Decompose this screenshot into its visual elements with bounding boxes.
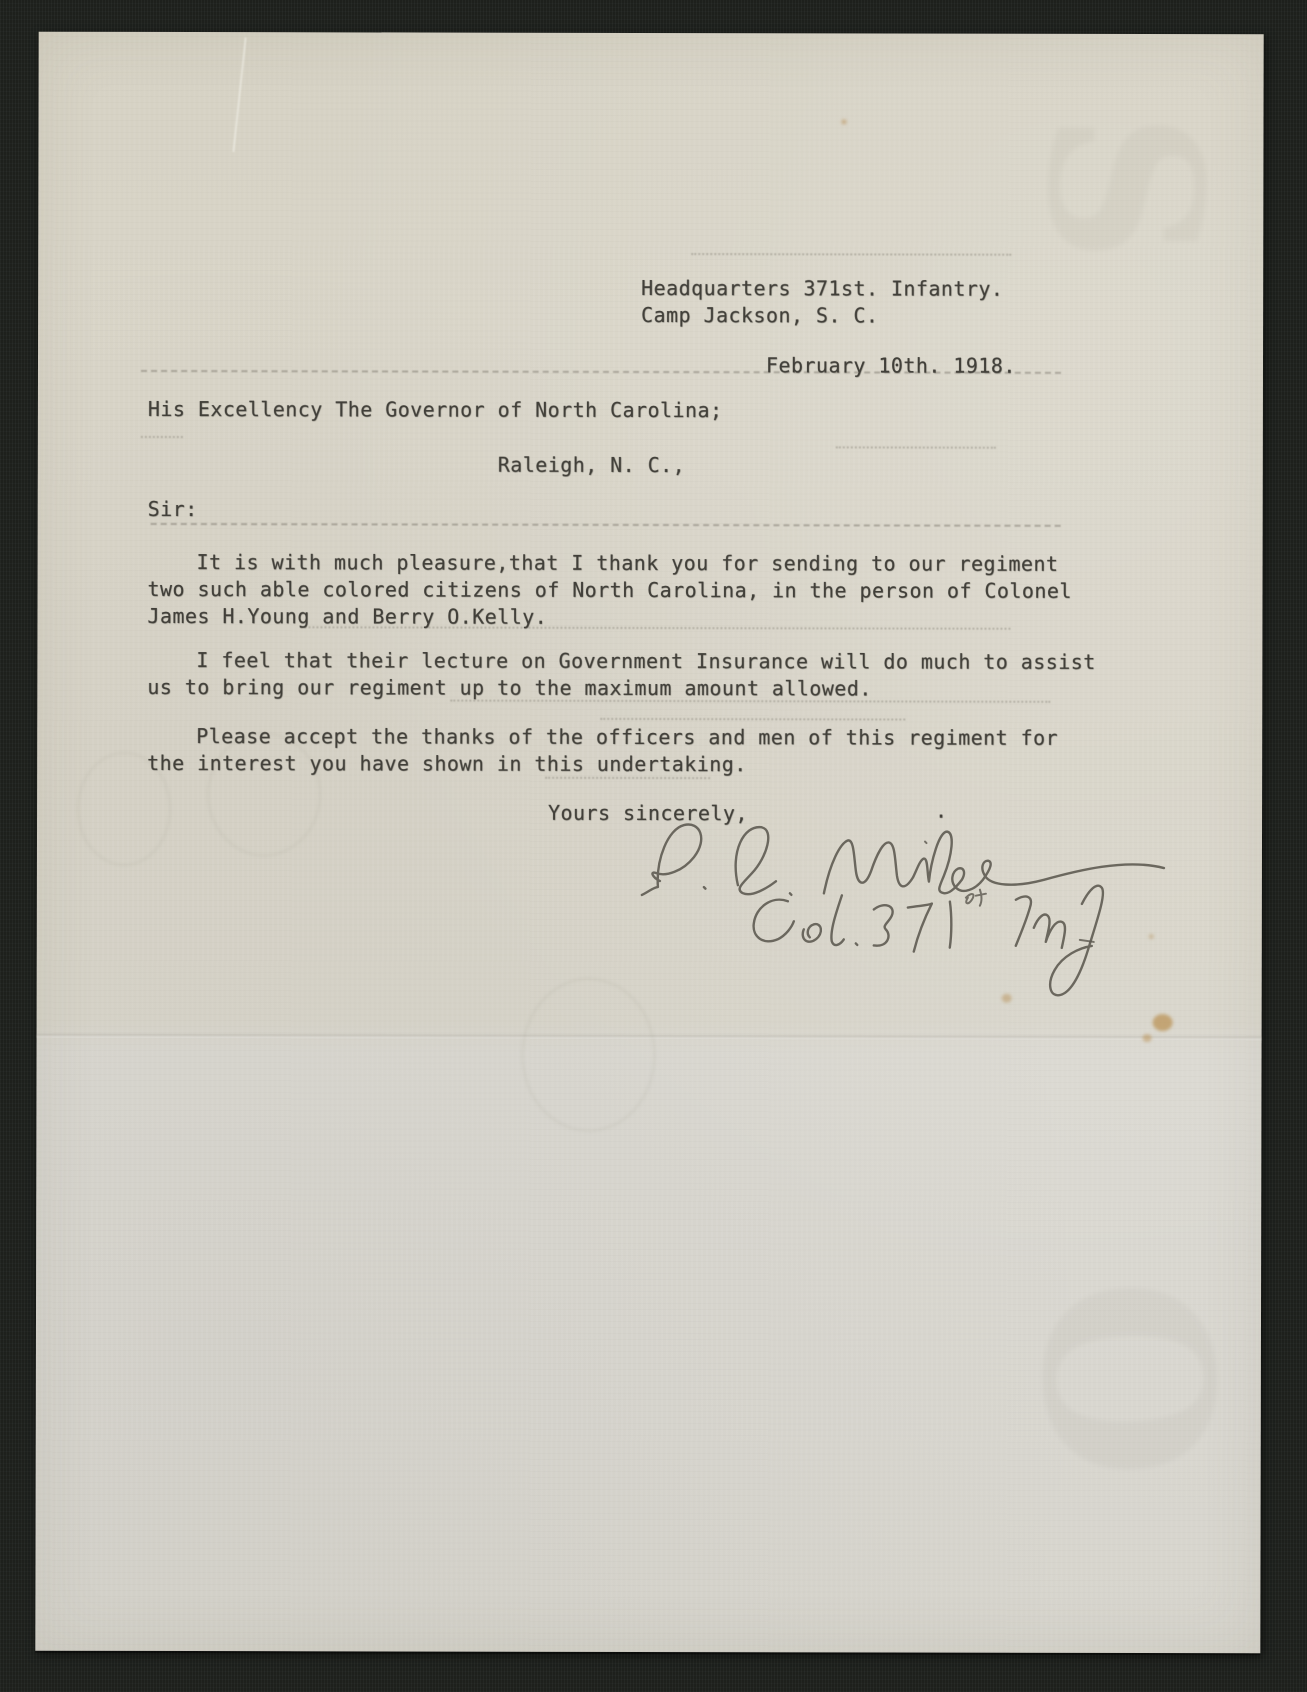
- signature-title-strokes: [753, 885, 1103, 995]
- bleedthrough-letter: O: [988, 1274, 1264, 1483]
- bleedthrough-letter: S: [1001, 111, 1248, 263]
- signature-block: [620, 795, 1200, 1011]
- signature-name-strokes: [642, 824, 1164, 896]
- bleedthrough-line: [141, 436, 183, 438]
- heading-line-2: Camp Jackson, S. C.: [641, 302, 878, 329]
- paragraph-2-line-2: us to bring our regiment up to the maxim…: [147, 674, 872, 703]
- paragraph-1-line-2: two such able colored citizens of North …: [148, 576, 1072, 605]
- heading-line-1: Headquarters 371st. Infantry.: [641, 275, 1003, 303]
- paper-stain-dot3: [842, 119, 847, 124]
- paper-scratch: [232, 37, 246, 152]
- paper-stain-small: [1143, 1034, 1152, 1042]
- recipient-city-line: Raleigh, N. C.,: [498, 452, 685, 479]
- recipient-line: His Excellency The Governor of North Car…: [148, 396, 723, 424]
- bleedthrough-line: [836, 446, 996, 448]
- bleedthrough-line: [600, 718, 905, 721]
- salutation: Sir:: [148, 496, 198, 523]
- signature-ink: [620, 795, 1200, 1011]
- paragraph-3-line-2: the interest you have shown in this unde…: [147, 750, 747, 778]
- paper-stain-large: [1153, 1014, 1173, 1031]
- bleedthrough-line: [691, 253, 1011, 256]
- date-line: February 10th. 1918.: [766, 352, 1016, 380]
- paragraph-1-line-1: It is with much pleasure,that I thank yo…: [197, 549, 1059, 578]
- bleedthrough-line: [151, 523, 1061, 527]
- letter-paper: S O Headquarters 371st. Infantry. Camp J…: [35, 32, 1263, 1654]
- paragraph-1-line-3: James H.Young and Berry O.Kelly.: [147, 603, 547, 631]
- scanned-letter-page: { "colors": { "mat_background": "#20231f…: [0, 0, 1307, 1692]
- paragraph-3-line-1: Please accept the thanks of the officers…: [196, 723, 1058, 752]
- paragraph-2-line-1: I feel that their lecture on Government …: [196, 647, 1095, 676]
